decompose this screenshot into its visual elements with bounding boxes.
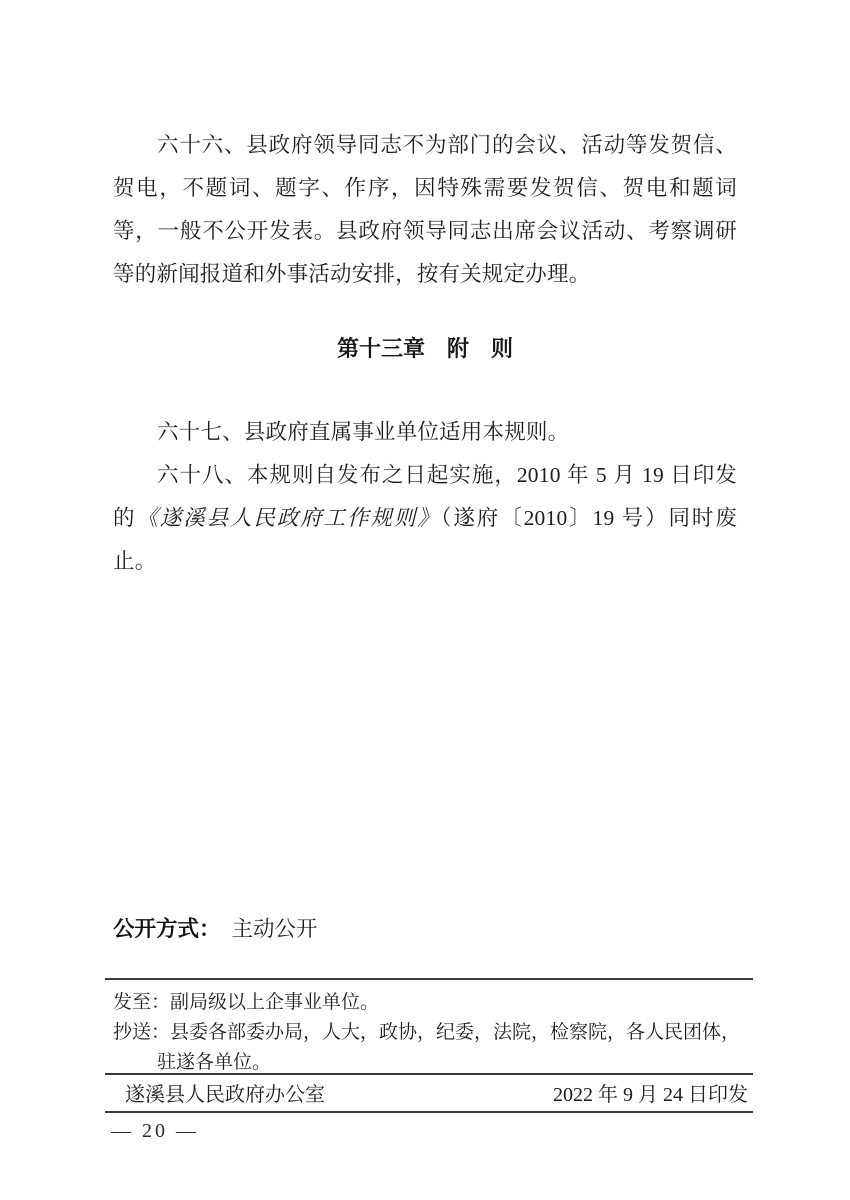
cc-label: 抄送： [113, 1022, 170, 1043]
print-date: 2022 年 9 月 24 日印发 [553, 1080, 748, 1110]
cc-row-line2: 驻遂各单位。 [113, 1048, 789, 1078]
paragraph-66-text: 六十六、县政府领导同志不为部门的会议、活动等发贺信、贺电，不题词、题字、作序，因… [113, 124, 737, 296]
disclosure-value: 主动公开 [232, 917, 318, 941]
paragraph-67: 六十七、县政府直属事业单位适用本规则。 [113, 411, 737, 454]
document-page: 六十六、县政府领导同志不为部门的会议、活动等发贺信、贺电，不题词、题字、作序，因… [0, 0, 850, 1200]
disclosure-row: 公开方式：主动公开 [113, 913, 318, 945]
paragraph-68-book-title: 《遂溪县人民政府工作规则》 [136, 506, 440, 530]
cc-row-line1: 抄送：县委各部委办局，人大，政协，纪委，法院，检察院，各人民团体， [113, 1018, 745, 1048]
chapter-heading: 第十三章 附 则 [113, 334, 737, 364]
distribution-label: 发至： [113, 992, 170, 1013]
distribution-value: 副局级以上企事业单位。 [170, 992, 379, 1013]
divider-line-bottom [105, 1111, 753, 1113]
issuing-office: 遂溪县人民政府办公室 [125, 1080, 325, 1110]
issue-row: 遂溪县人民政府办公室 2022 年 9 月 24 日印发 [105, 1080, 753, 1110]
page-number: — 20 — [111, 1118, 199, 1144]
paragraph-67-text: 六十七、县政府直属事业单位适用本规则。 [113, 411, 737, 454]
paragraph-68: 六十八、本规则自发布之日起实施，2010 年 5 月 19 日印发的《遂溪县人民… [113, 454, 737, 583]
paragraph-66: 六十六、县政府领导同志不为部门的会议、活动等发贺信、贺电，不题词、题字、作序，因… [113, 124, 737, 296]
cc-value-line1: 县委各部委办局，人大，政协，纪委，法院，检察院，各人民团体， [170, 1022, 740, 1043]
cc-value-line2: 驻遂各单位。 [157, 1052, 271, 1073]
distribution-row: 发至：副局级以上企事业单位。 [113, 988, 745, 1018]
disclosure-label: 公开方式： [113, 917, 221, 941]
divider-line-top [105, 978, 753, 980]
paragraph-68-text: 六十八、本规则自发布之日起实施，2010 年 5 月 19 日印发的《遂溪县人民… [113, 454, 737, 583]
